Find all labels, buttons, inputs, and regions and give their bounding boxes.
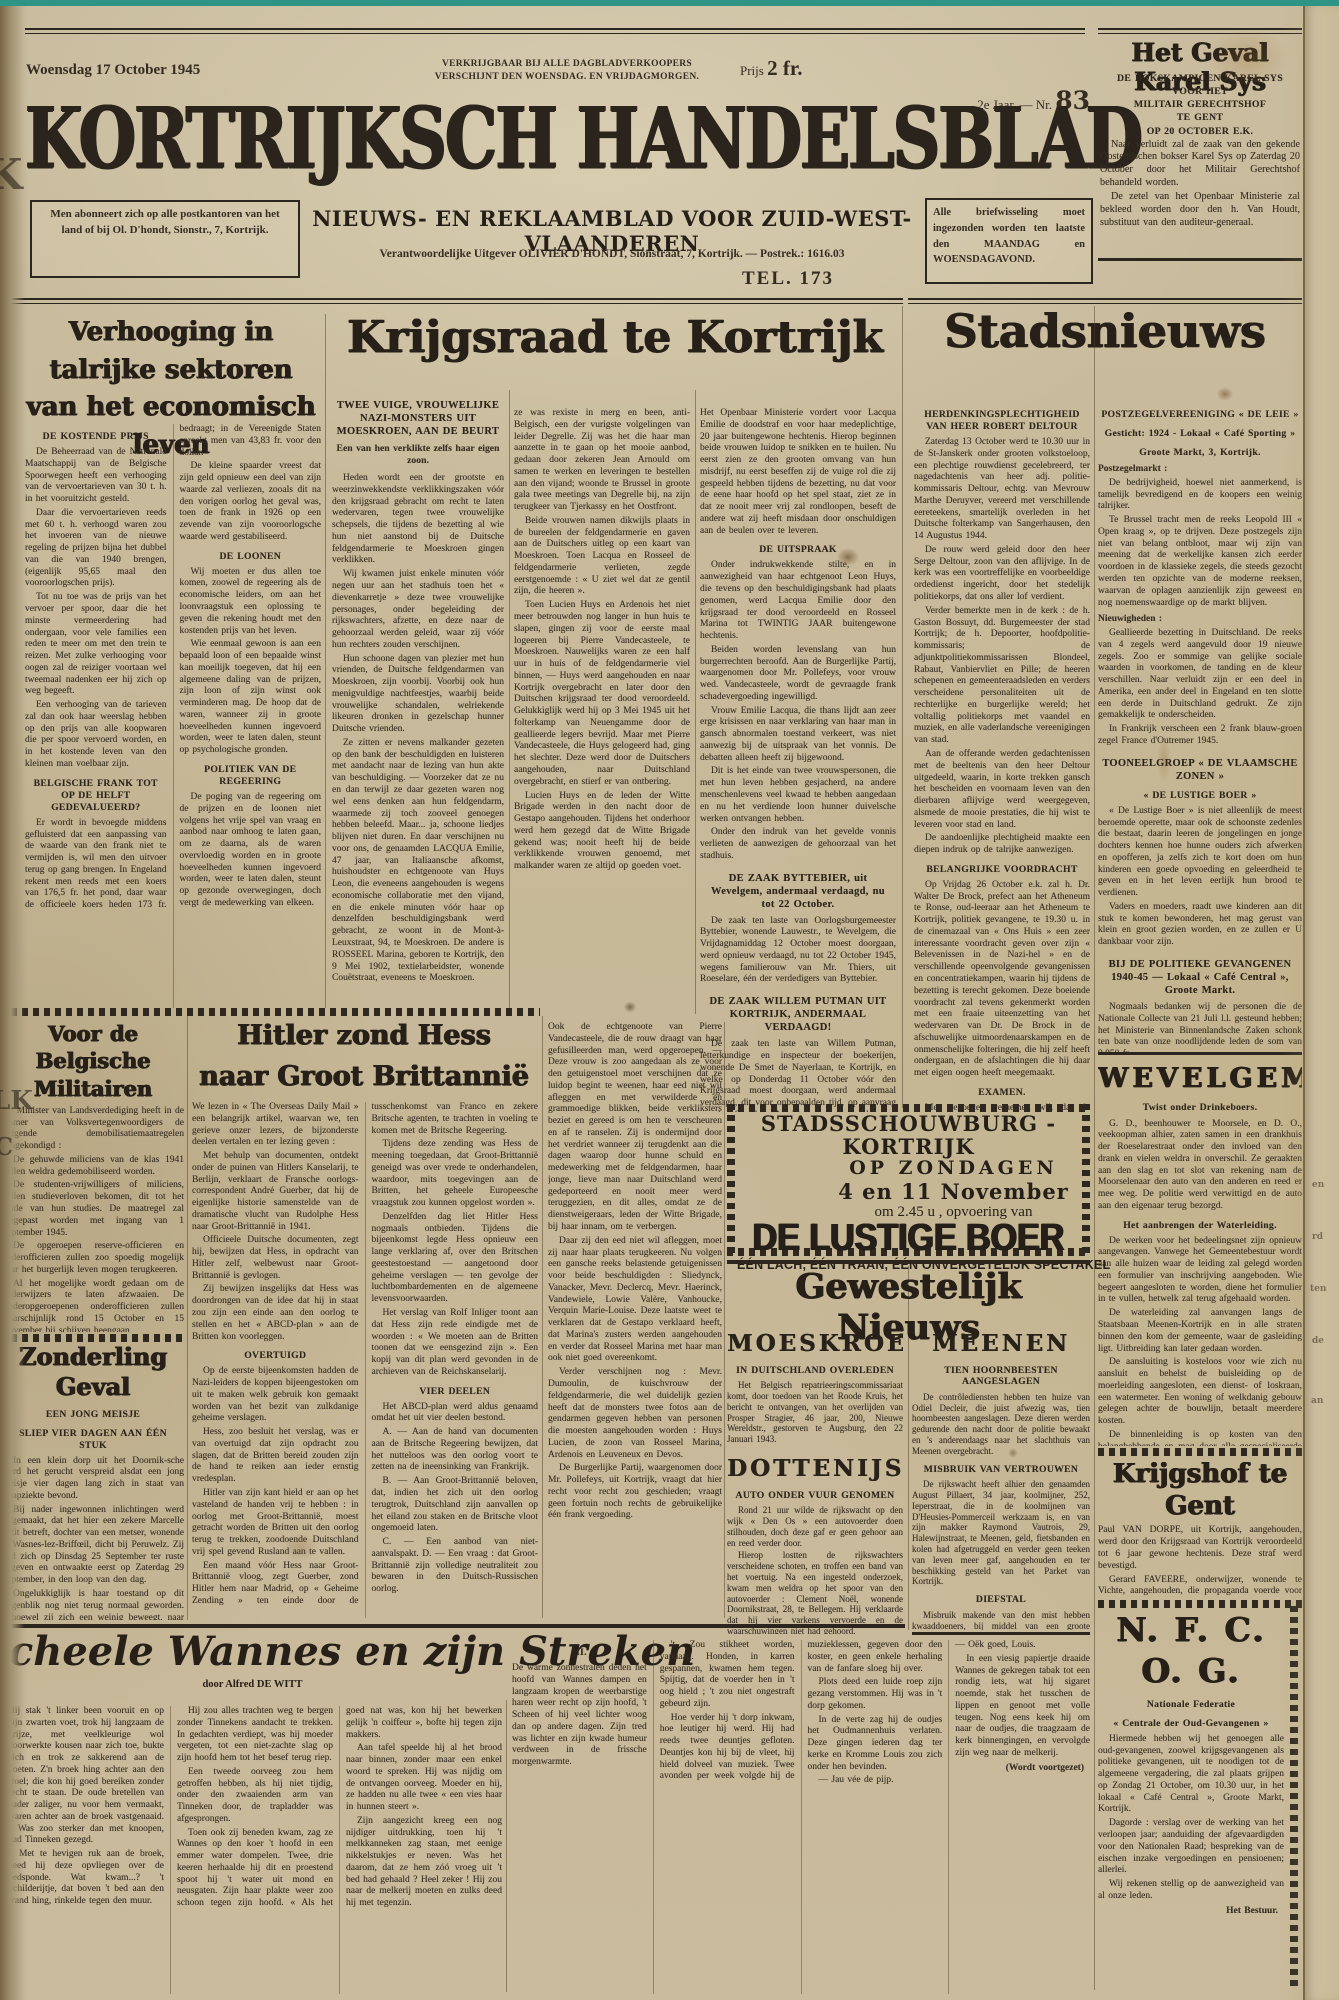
paragraph: Vrouw Emilie Lacqua, die thans lijdt aan… — [700, 706, 896, 765]
paragraph: Wij rekenen stellig op de aanwezigheid v… — [1098, 1879, 1284, 1903]
paragraph: Hij zou alles trachten weg te bergen zon… — [177, 1706, 333, 1765]
paragraph: Het Belgisch repatrieeringscommissariaat… — [727, 1380, 903, 1445]
paragraph: — Oëk goed, Louis. — [955, 1640, 1090, 1652]
ornament-rule — [1098, 1448, 1302, 1456]
article-nfcog: N. F. C. O. G. Nationale Federatie« Cent… — [1098, 1608, 1284, 1992]
paragraph: De warme zonnestralen deden het hoofd va… — [512, 1663, 647, 1769]
wevelgem-top-rule — [1098, 1052, 1302, 1055]
ornament-rule-vertical — [1290, 1606, 1298, 1990]
edge-artifact: LK — [0, 1086, 33, 1116]
crosshead: DIEFSTAL — [915, 1594, 1087, 1606]
correspondence-box: Alle briefwisseling moet ingezonden word… — [925, 198, 1093, 284]
crosshead: DE LOONEN — [183, 551, 319, 563]
crosshead: EEN JONG MEISJE — [5, 1409, 181, 1421]
paragraph: G. D., beenhouwer te Moorsele, en D. O.,… — [1098, 1119, 1302, 1213]
hess-headline: Hitler zond Hess naar Groot Brittannië — [190, 1016, 538, 1097]
paragraph: (Wordt voortgezet) — [955, 1763, 1084, 1775]
paragraph: Zaterdag 13 October werd te 10.30 uur in… — [914, 437, 1090, 543]
paragraph: We lezen in « The Overseas Daily Mail » … — [192, 1102, 359, 1149]
paragraph: Paul VAN DORPE, uit Kortrijk, aangehoude… — [1098, 1525, 1302, 1572]
price-label: Prijs — [740, 63, 764, 78]
paragraph: Bij nader ingewonnen inlichtingen werd u… — [2, 1505, 184, 1587]
paragraph: A. — Aan de hand van documenten aan de B… — [372, 1427, 539, 1474]
paragraph: Gerard FAVEERE, onderwijzer, wonende te … — [1098, 1575, 1302, 1598]
article-hess: We lezen in « The Overseas Daily Mail » … — [192, 1102, 538, 1618]
newspaper-page: Woensdag 17 October 1945 VERKRIJGBAAR BI… — [0, 0, 1339, 2000]
crosshead: TWEE VUIGE, VROUWELIJKE NAZI-MONSTERS UI… — [335, 399, 501, 438]
paragraph: Het Bestuur. — [1098, 1906, 1278, 1918]
paragraph: De poging van de regeering om de prijzen… — [180, 792, 322, 910]
paragraph: Te Brussel tracht men de reeks Leopold I… — [1098, 515, 1302, 609]
crosshead: VIER DEELEN — [375, 1386, 536, 1398]
krijgsraad-continuation: Ook de echtgenoote van Pierre Vandecaste… — [548, 1022, 722, 1618]
serial-text-left: Hij stak 't linker been vooruit en op zi… — [8, 1706, 502, 1994]
paragraph: Aan de offerande werden gedachtenissen m… — [914, 749, 1090, 831]
paragraph: Rond 21 uur wilde de rijkswacht op den w… — [727, 1505, 903, 1548]
paragraph: Hitler van zijn kant hield er aan op het… — [192, 1488, 359, 1559]
publisher-line: Verantwoordelijke Uitgever OLIVIER D'HON… — [298, 248, 926, 262]
column-rule — [506, 1700, 507, 1992]
paragraph: In de verte zag hij de oudjes het Oudman… — [808, 1715, 943, 1774]
paragraph: Lucien Huys en de leden der Witte Brigad… — [514, 791, 690, 873]
paragraph: Vaders en moeders, raadt uwe kinderen aa… — [1098, 902, 1302, 949]
paragraph: Daar die vervoertarieven reeds met 60 t.… — [25, 508, 167, 590]
paragraph: Hess, zoo besluit het verslag, was er va… — [192, 1427, 359, 1486]
ad-venue: STADSSCHOUWBURG - KORTRIJK — [737, 1112, 1080, 1158]
crosshead: VOOR HET — [1100, 86, 1300, 98]
column-rule — [325, 314, 326, 1008]
stadsnieuws-col1: HERDENKINGSPLECHTIGHEID VAN HEER ROBERT … — [908, 402, 1090, 1110]
paragraph: Verder bemerkte men in de kerk : de h. G… — [914, 606, 1090, 747]
paragraph: Hierop lostten de rijkswachters verschei… — [727, 1550, 903, 1634]
sub-headline: DOTTENIJS — [727, 1455, 903, 1483]
edge-artifact: de — [1312, 1336, 1324, 1346]
paragraph: De aansluiting is kosteloos voor wie zic… — [1098, 1357, 1302, 1428]
paragraph: De zaak ten laste van Oorlogsburgemeeste… — [700, 916, 896, 987]
crosshead: « Centrale der Oud-Gevangenen » — [1101, 1718, 1281, 1730]
crosshead: Groote Markt, 3, Kortrijk. — [1101, 447, 1299, 459]
paragraph: De kleine spaarder vreest dat zijn geld … — [180, 461, 322, 543]
crosshead: Nieuwigheden : — [1098, 614, 1302, 626]
crosshead: III. — [515, 1647, 644, 1659]
stadsnieuws-col2: POSTZEGELVEREENIGING « DE LEIE »Gesticht… — [1098, 402, 1302, 1052]
hess-headline-line2: naar Groot Brittannië — [190, 1057, 538, 1098]
paragraph: Het verslag van Rolf Inliger toont aan d… — [372, 1308, 539, 1379]
ad-show-title: DE LUSTIGE BOER — [737, 1219, 1080, 1259]
paragraph: De Burgerlijke Partij, waargenomen door … — [548, 1463, 722, 1522]
article-verhooging: DE KOSTENDE PRIJSDe Beheerraad van de Na… — [25, 424, 321, 1008]
edge-artifact: rd — [1312, 1232, 1323, 1242]
paragraph: In een viesig papiertje draaide Wannes d… — [955, 1654, 1090, 1760]
crosshead: « DE LUSTIGE BOER » — [1101, 790, 1299, 802]
gewestelijk-moeskroen: MOESKROENIN DUITSCHLAND OVERLEDENHet Bel… — [727, 1320, 903, 1634]
krijgshof-headline: Krijgshof te Gent — [1098, 1458, 1302, 1522]
paragraph: Daar zij den eed niet wil afleggen, moet… — [548, 1236, 722, 1365]
paragraph: Ongelukkiglijk is haar toestand op dit o… — [2, 1589, 184, 1620]
crosshead: Het aanbrengen der Waterleiding. — [1101, 1220, 1299, 1232]
ad-border-right — [1082, 1104, 1090, 1256]
crosshead: TE GENT — [1100, 112, 1300, 124]
paragraph: De zetel van het Openbaar Ministerie zal… — [1100, 191, 1300, 229]
dateline: Woensdag 17 October 1945 — [26, 62, 200, 79]
column-rule — [724, 1022, 725, 1618]
paragraph: Plots deed een luide roep zijn gezang ve… — [808, 1677, 943, 1712]
sub-headline: MEENEN — [912, 1330, 1090, 1358]
scanner-strip — [0, 0, 1339, 6]
zonderling-body: EEN JONG MEISJESLIEP VIER DAGEN AAN ÉÉN … — [2, 1409, 184, 1621]
paragraph: De aandoenlijke plechtigheid maakte een … — [914, 833, 1090, 857]
crosshead: DE ZAAK WILLEM PUTMAN UIT KORTRIJK, ANDE… — [703, 995, 893, 1034]
gewestelijk-meenen: MEENENTIEN HOORNBEESTEN AANGESLAGENDe co… — [912, 1320, 1090, 1630]
paragraph: De Beheerraad van de Nationale Maatschap… — [25, 447, 167, 506]
ornament-rule — [0, 1334, 184, 1342]
article-wevelgem: WEVELGEM Twist onder Drinkeboers.G. D., … — [1098, 1060, 1302, 1446]
ad-dates: 4 en 11 November — [737, 1180, 1080, 1203]
price-value: 2 fr. — [767, 56, 802, 80]
column-rule — [902, 306, 903, 1108]
paragraph: De bedrijvigheid, hoewel niet aanmerkend… — [1098, 478, 1302, 513]
paragraph: Dagorde : verslag over de werking van he… — [1098, 1818, 1284, 1877]
availability-line-1: VERKRIJGBAAR BIJ ALLE DAGBLADVERKOOPERS — [408, 58, 726, 71]
paragraph: — Jau vée de pijp. — [808, 1775, 943, 1787]
paragraph: Dit is het einde van twee vrouwspersonen… — [700, 766, 896, 825]
crosshead: BIJ DE POLITIEKE GEVANGENEN 1940-45 — Lo… — [1101, 958, 1299, 997]
edge-artifact: en — [1312, 1180, 1324, 1190]
edge-artifact: K — [0, 150, 23, 199]
militairen-body: De Minister van Landsverdediging heeft i… — [2, 1106, 184, 1332]
masthead: KORTRIJKSCH HANDELSBLAD — [25, 96, 1087, 180]
paragraph: Wij kwamen juist enkele minuten vóór neg… — [332, 569, 504, 651]
crosshead: BELANGRIJKE VOORDRACHT — [917, 864, 1087, 876]
paragraph: Misbruik makende van den mist hebben kwa… — [912, 1610, 1090, 1630]
paragraph: Op Vrijdag 26 October e.k. zal h. Dr. Wa… — [914, 880, 1090, 1080]
crosshead: Gesticht: 1924 - Lokaal « Café Sporting … — [1101, 428, 1299, 440]
crosshead: TOONEELGROEP « DE VLAAMSCHE ZONEN » — [1101, 757, 1299, 783]
paragraph: Nogmaals bedanken wij de personen die de… — [1098, 1002, 1302, 1052]
paragraph: Wie eenmaal gewoon is aan een bepaald lo… — [180, 639, 322, 757]
crosshead: POSTZEGELVEREENIGING « DE LEIE » — [1101, 409, 1299, 421]
ad-days: OP ZONDAGEN — [737, 1158, 1080, 1180]
paragraph: In een klein dorp uit het Doornik-sche w… — [2, 1456, 184, 1503]
crosshead: DE KOSTENDE PRIJS — [28, 431, 164, 443]
paragraph: ze was rexiste in merg en been, anti-Bel… — [514, 408, 690, 514]
crosshead: DE BOKSKAMPIOEN KAREL SYS — [1100, 73, 1300, 85]
price: Prijs 2 fr. — [740, 58, 802, 79]
subscription-box: Men abonneert zich op alle postkantoren … — [30, 200, 300, 278]
article-krijgshof: Krijgshof te Gent Paul VAN DORPE, uit Ko… — [1098, 1458, 1302, 1598]
availability-lines: VERKRIJGBAAR BIJ ALLE DAGBLADVERKOOPERS … — [408, 58, 726, 84]
wevelgem-headline: WEVELGEM — [1098, 1062, 1302, 1095]
paragraph: Onder den indruk van het gevelde vonnis … — [700, 827, 896, 862]
crosshead: AUTO ONDER VUUR GENOMEN — [730, 1490, 900, 1502]
paragraph: Officieele Duitsche documenten, zegt hij… — [192, 1235, 359, 1282]
crosshead: BELGISCHE FRANK TOT OP DE HELFT GEDEVALU… — [28, 778, 164, 814]
crosshead: Postzegelmarkt : — [1098, 464, 1302, 476]
paragraph: De werken voor het bedeelingsnet zijn op… — [1098, 1236, 1302, 1307]
theatre-ad: STADSSCHOUWBURG - KORTRIJK OP ZONDAGEN 4… — [727, 1104, 1090, 1256]
krijgsraad-headline: Krijgsraad te Kortrijk — [330, 312, 900, 363]
paragraph: Tot nu toe was de prijs van het vervoer … — [25, 592, 167, 698]
crosshead: HERDENKINGSPLECHTIGHEID VAN HEER ROBERT … — [917, 409, 1087, 433]
paragraph: Denzelfden dag liet Hitler Hess nogmaals… — [372, 1212, 539, 1306]
crosshead: DE ZAAK BYTTEBIER, uit Wevelgem, anderma… — [703, 872, 893, 911]
crosshead: IN DUITSCHLAND OVERLEDEN — [730, 1365, 900, 1377]
article-zonderling: Zonderling Geval EEN JONG MEISJESLIEP VI… — [2, 1342, 184, 1620]
paragraph: De zaak ten laste van Willem Putman, let… — [700, 1039, 896, 1112]
paragraph: Verder verschijnen nog : Mevr. Dumoulin,… — [548, 1367, 722, 1461]
paragraph: Hij stak 't linker been vooruit en op zi… — [8, 1706, 164, 1847]
crosshead: SLIEP VIER DAGEN AAN ÉÉN STUK — [5, 1428, 181, 1452]
top-rule — [25, 28, 1085, 34]
ornament-rule — [0, 1008, 540, 1016]
paragraph: Het Openbaar Ministerie vordert voor Lac… — [700, 408, 896, 537]
paragraph: Het ABCD-plan werd aldus genaamd omdat h… — [372, 1402, 539, 1426]
article-karel-sys: DE BOKSKAMPIOEN KAREL SYSVOOR HETMILITAI… — [1100, 72, 1300, 256]
verhooging-headline-line1: Verhooging in talrijke sektoren — [20, 314, 322, 389]
paragraph: Wij moeten er dus allen toe komen, zoowe… — [180, 567, 322, 638]
paragraph: Een verhooging van de tarieven zal dan o… — [25, 700, 167, 771]
ad-border-left — [727, 1104, 735, 1256]
edge-artifact: ten — [1310, 1284, 1326, 1294]
header-bottom-rule — [0, 298, 903, 304]
paragraph: Heden wordt een der grootste en weerzinw… — [332, 473, 504, 567]
top-rule-right — [1098, 28, 1302, 34]
paragraph: « De Lustige Boer » is niet alleenlijk d… — [1098, 806, 1302, 900]
edge-artifact: an — [1311, 1396, 1323, 1406]
serial-title-block: Scheele Wannes en zijn Streken door Alfr… — [0, 1630, 505, 1692]
page-right-margin — [1303, 6, 1339, 2000]
column-rule — [542, 1016, 543, 1618]
paragraph: De opgeroepen reserve-officieren en onde… — [2, 1241, 184, 1276]
nfcog-headline: N. F. C. O. G. — [1098, 1610, 1284, 1692]
paragraph: Een tweede oorveeg zou hem getroffen heb… — [177, 1767, 333, 1826]
article-militairen: Voor de Belgische Militairen De Minister… — [2, 1020, 184, 1332]
serial-title: Scheele Wannes en zijn Streken — [0, 1630, 505, 1674]
paragraph: De binnenleiding is op kosten van den be… — [1098, 1430, 1302, 1446]
paragraph: Ook de echtgenoote van Pierre Vandecaste… — [548, 1022, 722, 1234]
telephone: TEL. 173 — [742, 268, 842, 291]
krijgsraad-col2: ze was rexiste in merg en been, anti-Bel… — [514, 408, 690, 1014]
paragraph: Onder indrukwekkende stilte, en in aanwe… — [700, 560, 896, 642]
meenen-bottom-rule — [912, 1632, 1090, 1635]
paragraph: Met te hevigen ruk aan de broek, deed hi… — [8, 1849, 164, 1908]
krijgshof-body: Paul VAN DORPE, uit Kortrijk, aangehoude… — [1098, 1525, 1302, 1598]
serial-byline: door Alfred DE WITT — [0, 1678, 505, 1692]
militairen-headline-line1: Voor de — [2, 1020, 184, 1047]
krijgsraad-col3: Het Openbaar Ministerie vordert voor Lac… — [700, 408, 896, 1112]
column-rule — [187, 1012, 188, 1620]
paragraph: De waterleiding zal aanvangen langs de S… — [1098, 1308, 1302, 1355]
crosshead: MILITAIR GERECHTSHOF — [1100, 99, 1300, 111]
zonderling-headline: Zonderling Geval — [2, 1342, 184, 1402]
ad-content: STADSSCHOUWBURG - KORTRIJK OP ZONDAGEN 4… — [737, 1112, 1080, 1246]
availability-line-2: VERSCHIJNT DEN WOENSDAG. EN VRIJDAGMORGE… — [408, 71, 726, 84]
paragraph: Geallieerde bezetting in Duitschland. De… — [1098, 628, 1302, 722]
paragraph: In Frankrijk verscheen een 2 frank blauw… — [1098, 724, 1302, 748]
crosshead: OP 20 OCTOBER E.K. — [1100, 126, 1300, 138]
paragraph: Een van hen verklikte zelfs haar eigen z… — [332, 443, 504, 467]
crosshead: DE UITSPRAAK — [703, 544, 893, 556]
paragraph: Tijdens deze zending was Hess de meening… — [372, 1139, 539, 1210]
ornament-rule — [1098, 1600, 1302, 1608]
sub-headline: MOESKROEN — [727, 1330, 903, 1358]
paragraph: Zij bewijzen insgelijks dat Hess was doo… — [192, 1284, 359, 1343]
crosshead: OVERTUIGD — [195, 1350, 356, 1362]
edge-artifact: C — [0, 1132, 13, 1161]
paragraph: Beiden worden levenslang van hun burgerr… — [700, 645, 896, 704]
paragraph: Met behulp van documenten, ontdekt onder… — [192, 1151, 359, 1233]
paragraph: Op de eerste bijeenkomsten hadden de Naz… — [192, 1366, 359, 1425]
nfcog-body: Nationale Federatie« Centrale der Oud-Ge… — [1098, 1699, 1284, 1918]
paragraph: 't Zou stikheet worden, vandaag. Honden,… — [660, 1640, 795, 1711]
paragraph: Beide vrouwen namen dikwijls plaats in d… — [514, 516, 690, 598]
paragraph: C. — Een aanbod van niet-aanvalspakt. D.… — [372, 1537, 539, 1596]
stadsnieuws-headline: Stadsnieuws — [908, 304, 1302, 358]
crosshead: MISBRUIK VAN VERTROUWEN — [915, 1464, 1087, 1476]
paragraph: Aan tafel speelde hij al het brood naar … — [346, 1743, 502, 1814]
paragraph: De contrôlediensten hebben ten huize van… — [912, 1392, 1090, 1457]
column-rule — [1094, 306, 1095, 1990]
paragraph: Toen Lucien Huys en Ardenois het niet me… — [514, 600, 690, 788]
gewestelijk-rule — [727, 1260, 1090, 1264]
paragraph: De studenten-vrijwilligers of miliciens,… — [2, 1180, 184, 1239]
hess-headline-line1: Hitler zond Hess — [190, 1016, 538, 1057]
crosshead: EXAMEN. — [917, 1087, 1087, 1099]
crosshead: Nationale Federatie — [1101, 1699, 1281, 1711]
paragraph: Naar verluidt zal de zaak van den gekend… — [1100, 139, 1300, 190]
paragraph: Hiermede hebben wij het genoegen alle ou… — [1098, 1734, 1284, 1816]
torn-left-edge — [0, 6, 24, 2000]
paragraph: Ze zitten er nevens malkander gezeten op… — [332, 738, 504, 985]
column-rule — [509, 390, 510, 1014]
karel-sys-rule — [1098, 258, 1302, 261]
paragraph: De gehuwde miliciens van de klas 1941 zu… — [2, 1155, 184, 1179]
column-rule — [695, 390, 696, 1014]
paragraph: B. — Aan Groot-Brittannië beloven, dat, … — [372, 1476, 539, 1535]
crosshead: POLITIEK VAN DE REGEERING — [183, 764, 319, 788]
paragraph: Hun schoone dagen van plezier met hun vr… — [332, 654, 504, 736]
wevelgem-body: Twist onder Drinkeboers.G. D., beenhouwe… — [1098, 1102, 1302, 1446]
paragraph: Al het mogelijke wordt gedaan om de onde… — [2, 1279, 184, 1332]
crosshead: Twist onder Drinkeboers. — [1101, 1102, 1299, 1114]
paragraph: De rouw werd geleid door den heer Serge … — [914, 545, 1090, 604]
paragraph: De rijkswacht heeft alhier den genaamden… — [912, 1479, 1090, 1587]
crosshead: TIEN HOORNBEESTEN AANGESLAGEN — [915, 1365, 1087, 1388]
paragraph: Zijn aangezicht kreeg een nog nijdiger u… — [346, 1816, 502, 1910]
serial-text-right: III.De warme zonnestralen deden het hoof… — [512, 1640, 1090, 1994]
krijgsraad-col1: TWEE VUIGE, VROUWELIJKE NAZI-MONSTERS UI… — [332, 390, 504, 1014]
